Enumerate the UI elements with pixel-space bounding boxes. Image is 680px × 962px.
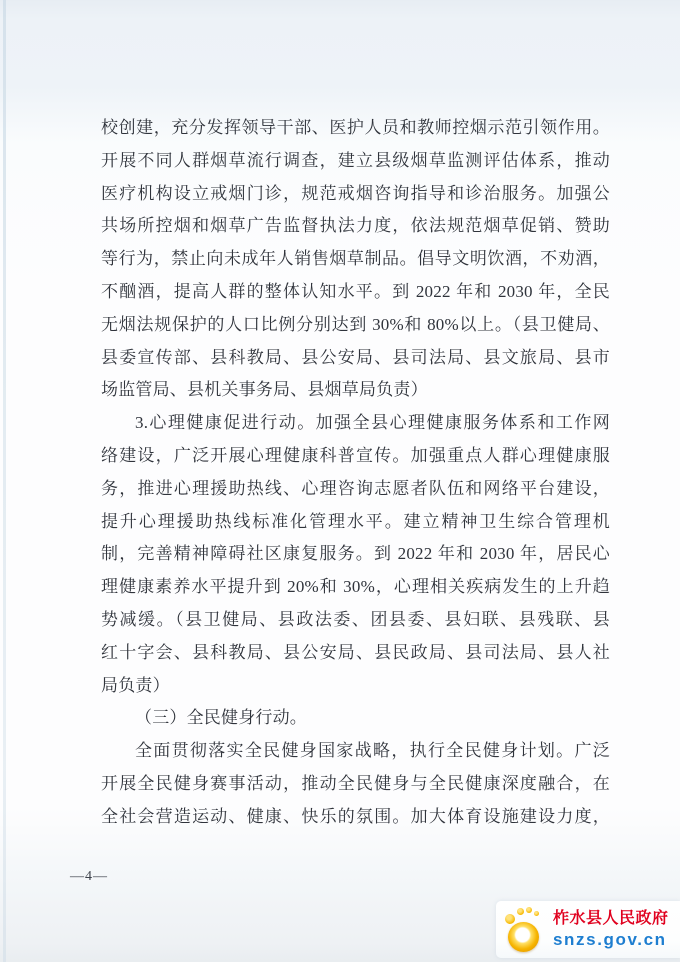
- document-line: 校创建，充分发挥领导干部、医护人员和教师控烟示范引领作用。: [101, 112, 610, 145]
- document-line: 局负责）: [101, 670, 610, 703]
- document-line: 提升心理援助热线标准化管理水平。建立精神卫生综合管理机: [101, 506, 610, 539]
- document-line: 开展不同人群烟草流行调查，建立县级烟草监测评估体系，推动: [101, 145, 610, 178]
- document-line-numbered-item: 3.心理健康促进行动。加强全县心理健康服务体系和工作网: [101, 407, 610, 440]
- document-line: 共场所控烟和烟草广告监督执法力度，依法规范烟草促销、赞助: [101, 210, 610, 243]
- document-line: 无烟法规保护的人口比例分别达到 30%和 80%以上。（县卫健局、: [101, 309, 610, 342]
- site-name: 柞水县人民政府: [553, 909, 669, 929]
- document-line: 理健康素养水平提升到 20%和 30%，心理相关疾病发生的上升趋: [101, 571, 610, 604]
- document-line: 务，推进心理援助热线、心理咨询志愿者队伍和网络平台建设，: [101, 473, 610, 506]
- document-line: 制，完善精神障碍社区康复服务。到 2022 年和 2030 年，居民心: [101, 538, 610, 571]
- paw-print-icon: [505, 907, 545, 953]
- document-line: 等行为，禁止向未成年人销售烟草制品。倡导文明饮酒，不劝酒，: [101, 243, 610, 276]
- document-line: 开展全民健身赛事活动，推动全民健身与全民健康深度融合，在: [101, 768, 610, 801]
- page-number: —4—: [70, 869, 108, 885]
- logo-text: 柞水县人民政府 snzs.gov.cn: [553, 909, 669, 950]
- document-line: 县委宣传部、县科教局、县公安局、县司法局、县文旅局、县市: [101, 342, 610, 375]
- document-line: 全社会营造运动、健康、快乐的氛围。加大体育设施建设力度，: [101, 801, 610, 834]
- page-left-edge: [3, 0, 6, 962]
- document-line: 医疗机构设立戒烟门诊，规范戒烟咨询指导和诊治服务。加强公: [101, 178, 610, 211]
- document-line: 全面贯彻落实全民健身国家战略，执行全民健身计划。广泛: [101, 735, 610, 768]
- document-line: 势减缓。（县卫健局、县政法委、团县委、县妇联、县残联、县: [101, 604, 610, 637]
- document-line: 场监管局、县机关事务局、县烟草局负责）: [101, 374, 610, 407]
- scanned-document-page: 校创建，充分发挥领导干部、医护人员和教师控烟示范引领作用。 开展不同人群烟草流行…: [0, 0, 680, 962]
- document-section-heading: （三）全民健身行动。: [101, 702, 610, 735]
- document-line: 红十字会、县科教局、县公安局、县民政局、县司法局、县人社: [101, 637, 610, 670]
- document-line: 络建设，广泛开展心理健康科普宣传。加强重点人群心理健康服: [101, 440, 610, 473]
- document-line: 不酗酒，提高人群的整体认知水平。到 2022 年和 2030 年，全民: [101, 276, 610, 309]
- site-domain: snzs.gov.cn: [553, 929, 669, 950]
- government-site-logo: 柞水县人民政府 snzs.gov.cn: [496, 901, 680, 958]
- document-text: 校创建，充分发挥领导干部、医护人员和教师控烟示范引领作用。 开展不同人群烟草流行…: [101, 112, 610, 834]
